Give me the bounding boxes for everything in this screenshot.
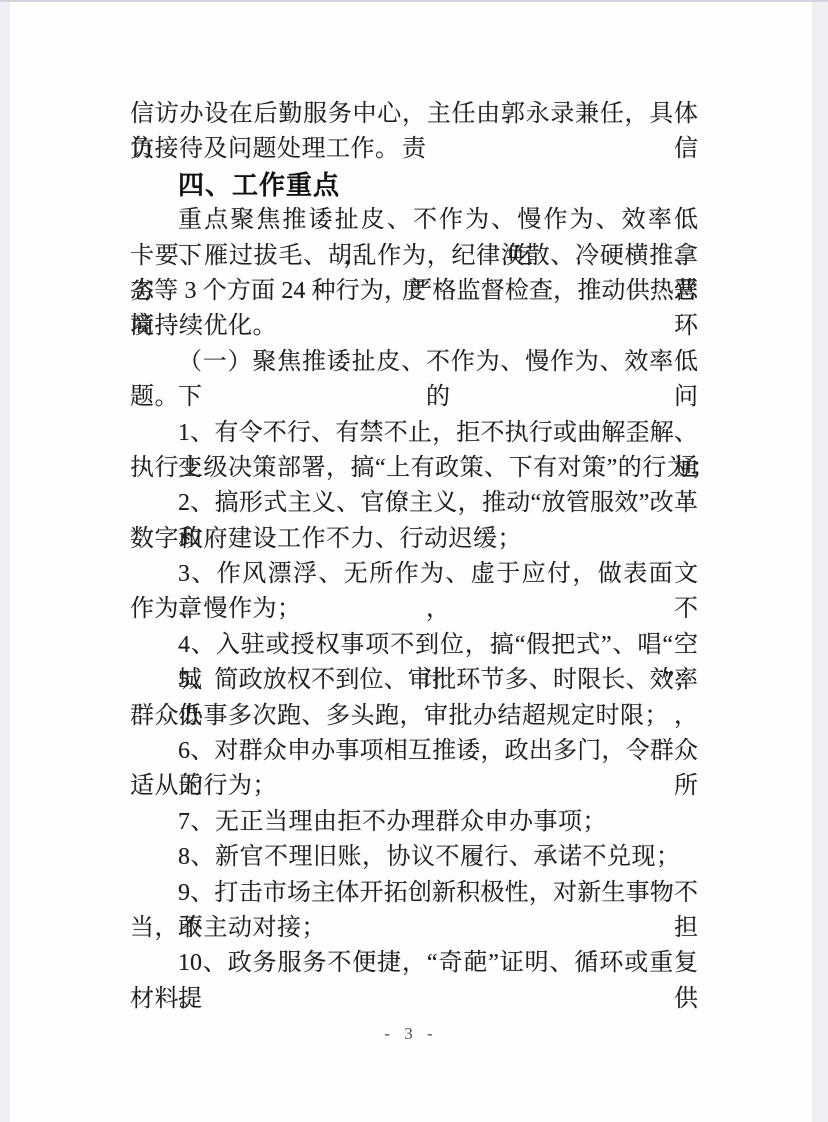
document-body: 信访办设在后勤服务中心，主任由郭永录兼任，具体负责信访接待及问题处理工作。四、工… (130, 97, 698, 1017)
text-line: 信访办设在后勤服务中心，主任由郭永录兼任，具体负责信 (130, 97, 698, 132)
text-line: 5、简政放权不到位、审批环节多、时限长、效率低， (130, 663, 698, 698)
text-line: 重点聚焦推诿扯皮、不作为、慢作为、效率低下，吃拿 (130, 203, 698, 238)
text-line: 9、打击市场主体开拓创新积极性，对新生事物不敢担 (130, 876, 698, 911)
text-line: 劣等 3 个方面 24 种行为，严格监督检查，推动供热营商环 (130, 274, 698, 309)
section-heading: 四、工作重点 (130, 168, 698, 203)
text-line: 4、入驻或授权事项不到位，搞“假把式”、唱“空城计”； (130, 628, 698, 663)
text-line: 数字政府建设工作不力、行动迟缓； (130, 522, 698, 557)
text-line: 卡要、雁过拔毛、胡乱作为，纪律涣散、冷硬横推、态度恶 (130, 239, 698, 274)
text-line: 3、作风漂浮、无所作为、虚于应付，做表面文章，不 (130, 557, 698, 592)
page-number: - 3 - (10, 1024, 812, 1044)
text-line: 8、新官不理旧账，协议不履行、承诺不兑现； (130, 840, 698, 875)
text-line: 10、政务服务不便捷，“奇葩”证明、循环或重复提供 (130, 946, 698, 981)
text-line: 7、无正当理由拒不办理群众申办事项； (130, 805, 698, 840)
text-line: 执行上级决策部署，搞“上有政策、下有对策”的行为； (130, 451, 698, 486)
text-line: 2、搞形式主义、官僚主义，推动“放管服效”改革和 (130, 486, 698, 521)
text-line: 1、有令不行、有禁不止，拒不执行或曲解歪解、变通 (130, 416, 698, 451)
document-viewer: 信访办设在后勤服务中心，主任由郭永录兼任，具体负责信访接待及问题处理工作。四、工… (0, 0, 828, 1122)
text-line: （一）聚焦推诿扯皮、不作为、慢作为、效率低下的问 (130, 345, 698, 380)
document-page: 信访办设在后勤服务中心，主任由郭永录兼任，具体负责信访接待及问题处理工作。四、工… (10, 2, 812, 1122)
text-line: 6、对群众申办事项相互推诿，政出多门，令群众无所 (130, 734, 698, 769)
text-line: 群众办事多次跑、多头跑，审批办结超规定时限； (130, 699, 698, 734)
